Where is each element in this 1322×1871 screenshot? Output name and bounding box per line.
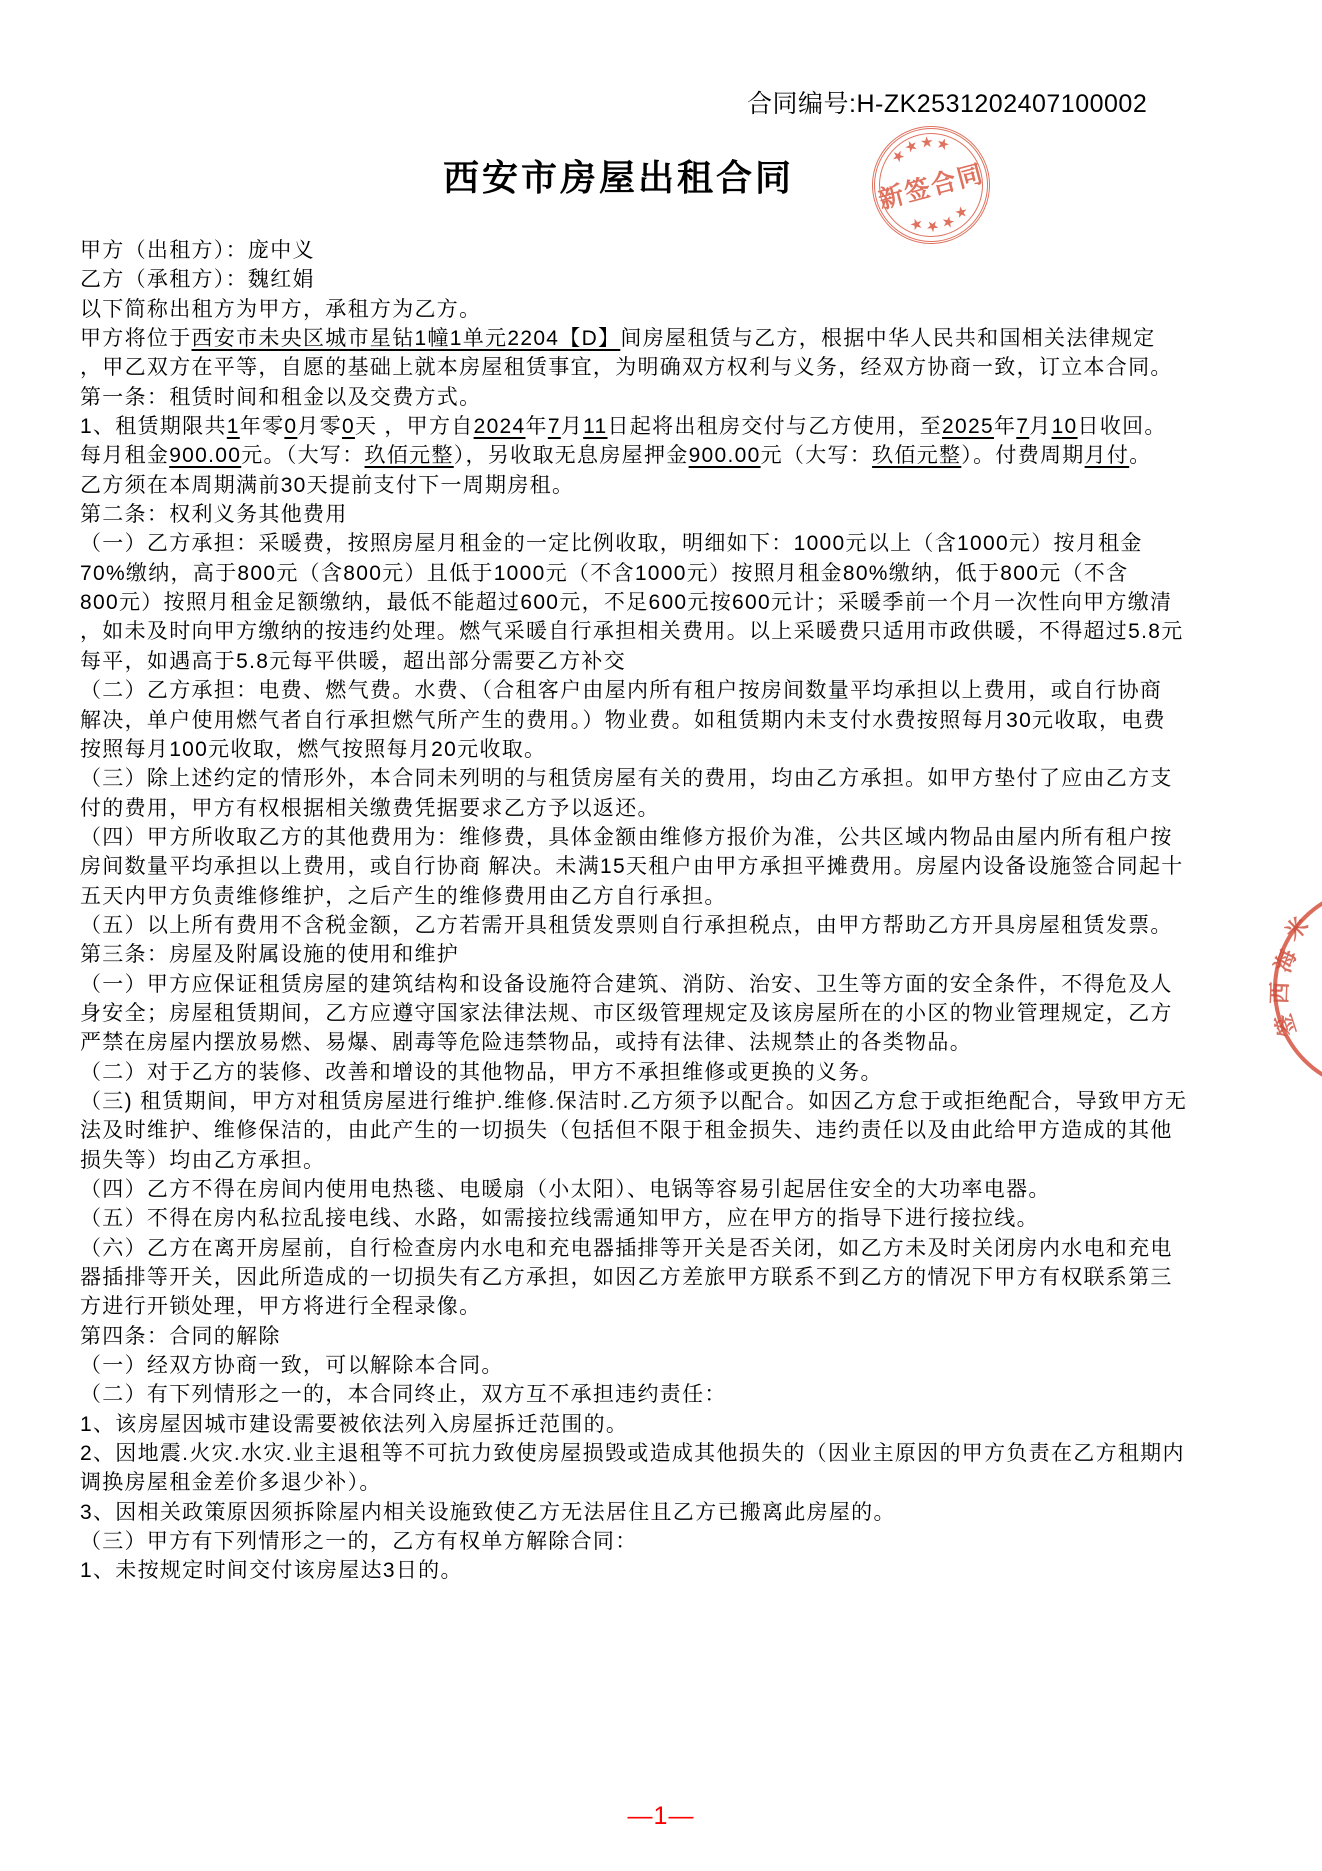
document-line: （五）不得在房内私拉乱接电线、水路，如需接拉线需通知甲方，应在甲方的指导下进行接…: [80, 1204, 1280, 1233]
document-line: 乙方须在本周期满前30天提前支付下一周期房租。: [80, 471, 1280, 500]
document-line: 第一条：租赁时间和租金以及交费方式。: [80, 383, 1280, 412]
document-line: 五天内甲方负责维修维护，之后产生的维修费用由乙方自行承担。: [80, 882, 1280, 911]
document-line: 70%缴纳，高于800元（含800元）且低于1000元（不含1000元）按照月租…: [80, 559, 1280, 588]
document-line: （四）乙方不得在房间内使用电热毯、电暖扇（小太阳）、电锅等容易引起居住安全的大功…: [80, 1175, 1280, 1204]
document-line: （一）甲方应保证租赁房屋的建筑结构和设备设施符合建筑、消防、治安、卫生等方面的安…: [80, 970, 1280, 999]
document-line: 每月租金900.00元。（大写：玖佰元整），另收取无息房屋押金900.00元（大…: [80, 441, 1280, 470]
document-line: ，甲乙双方在平等，自愿的基础上就本房屋租赁事宜，为明确双方权利与义务，经双方协商…: [80, 353, 1280, 382]
document-line: （二）乙方承担：电费、燃气费。水费、（合租客户由屋内所有租户按房间数量平均承担以…: [80, 676, 1280, 705]
document-line: 付的费用，甲方有权根据相关缴费凭据要求乙方予以返还。: [80, 794, 1280, 823]
document-line: 法及时维护、维修保洁的，由此产生的一切损失（包括但不限于租金损失、违约责任以及由…: [80, 1116, 1280, 1145]
document-line: （四）甲方所收取乙方的其他费用为：维修费，具体金额由维修方报价为准，公共区域内物…: [80, 823, 1280, 852]
document-line: 2、因地震.火灾.水灾.业主退租等不可抗力致使房屋损毁或造成其他损失的（因业主原…: [80, 1439, 1280, 1468]
document-line: 第三条：房屋及附属设施的使用和维护: [80, 940, 1280, 969]
document-line: 1、未按规定时间交付该房屋达3日的。: [80, 1556, 1280, 1585]
star-icon: ★: [920, 135, 934, 151]
document-line: （六）乙方在离开房屋前，自行检查房内水电和充电器插排等开关是否关闭，如乙方未及时…: [80, 1234, 1280, 1263]
document-line: （五）以上所有费用不含税金额，乙方若需开具租赁发票则自行承担税点，由甲方帮助乙方…: [80, 911, 1280, 940]
document-line: （三）甲方有下列情形之一的，乙方有权单方解除合同：: [80, 1527, 1280, 1556]
page-number: —1—: [0, 1802, 1322, 1831]
document-line: 1、租赁期限共1年零0月零0天 ，甲方自2024年7月11日起将出租房交付与乙方…: [80, 412, 1280, 441]
document-line: 甲方将位于西安市未央区城市星钻1幢1单元2204【D】间房屋租赁与乙方，根据中华…: [80, 324, 1280, 353]
document-line: （二）有下列情形之一的，本合同终止，双方互不承担违约责任：: [80, 1380, 1280, 1409]
document-line: 甲方（出租方）：庞中义: [80, 236, 1280, 265]
document-line: （一）经双方协商一致，可以解除本合同。: [80, 1351, 1280, 1380]
document-line: （二）对于乙方的装修、改善和增设的其他物品，甲方不承担维修或更换的义务。: [80, 1058, 1280, 1087]
document-line: 身安全；房屋租赁期间，乙方应遵守国家法律法规、市区级管理规定及该房屋所在的小区的…: [80, 999, 1280, 1028]
contract-number: 合同编号:H-ZK2531202407100002: [747, 84, 1147, 120]
document-line: 第四条：合同的解除: [80, 1322, 1280, 1351]
document-line: ，如未及时向甲方缴纳的按违约处理。燃气采暖自行承担相关费用。以上采暖费只适用市政…: [80, 617, 1280, 646]
edge-seal-char: 西: [1269, 982, 1292, 1005]
document-line: 方进行开锁处理，甲方将进行全程录像。: [80, 1292, 1280, 1321]
document-line: 器插排等开关，因此所造成的一切损失有乙方承担，如因乙方差旅甲方联系不到乙方的情况…: [80, 1263, 1280, 1292]
document-line: 严禁在房屋内摆放易燃、易爆、剧毒等危险违禁物品，或持有法律、法规禁止的各类物品。: [80, 1028, 1280, 1057]
document-line: 房间数量平均承担以上费用，或自行协商 解决。未满15天租户由甲方承担平摊费用。房…: [80, 852, 1280, 881]
document-line: 第二条：权利义务其他费用: [80, 500, 1280, 529]
contract-page: 合同编号:H-ZK2531202407100002 西安市房屋出租合同 ★ ★ …: [0, 0, 1322, 1871]
page-title: 西安市房屋出租合同: [443, 150, 794, 201]
document-line: （三) 租赁期间，甲方对租赁房屋进行维护.维修.保洁时.乙方须予以配合。如因乙方…: [80, 1087, 1280, 1116]
document-line: 3、因相关政策原因须拆除屋内相关设施致使乙方无法居住且乙方已搬离此房屋的。: [80, 1498, 1280, 1527]
document-line: 解决，单户使用燃气者自行承担燃气所产生的费用。）物业费。如租赁期内未支付水费按照…: [80, 706, 1280, 735]
document-line: 1、该房屋因城市建设需要被依法列入房屋拆迁范围的。: [80, 1410, 1280, 1439]
document-line: 调换房屋租金差价多退少补）。: [80, 1468, 1280, 1497]
document-line: 乙方（承租方）：魏红娟: [80, 265, 1280, 294]
document-line: 损失等）均由乙方承担。: [80, 1146, 1280, 1175]
star-icon: ★: [925, 218, 939, 234]
contract-body: 甲方（出租方）：庞中义乙方（承租方）：魏红娟以下简称出租方为甲方，承租方为乙方。…: [80, 236, 1280, 1586]
document-line: （三）除上述约定的情形外，本合同未列明的与租赁房屋有关的费用，均由乙方承担。如甲…: [80, 764, 1280, 793]
document-line: 每平，如遇高于5.8元每平供暖，超出部分需要乙方补交: [80, 647, 1280, 676]
document-line: 按照每月100元收取，燃气按照每月20元收取。: [80, 735, 1280, 764]
document-line: 以下简称出租方为甲方，承租方为乙方。: [80, 295, 1280, 324]
document-line: 800元）按照月租金足额缴纳，最低不能超过600元，不足600元按600元计；采…: [80, 588, 1280, 617]
document-line: （一）乙方承担：采暖费，按照房屋月租金的一定比例收取，明细如下：1000元以上（…: [80, 529, 1280, 558]
